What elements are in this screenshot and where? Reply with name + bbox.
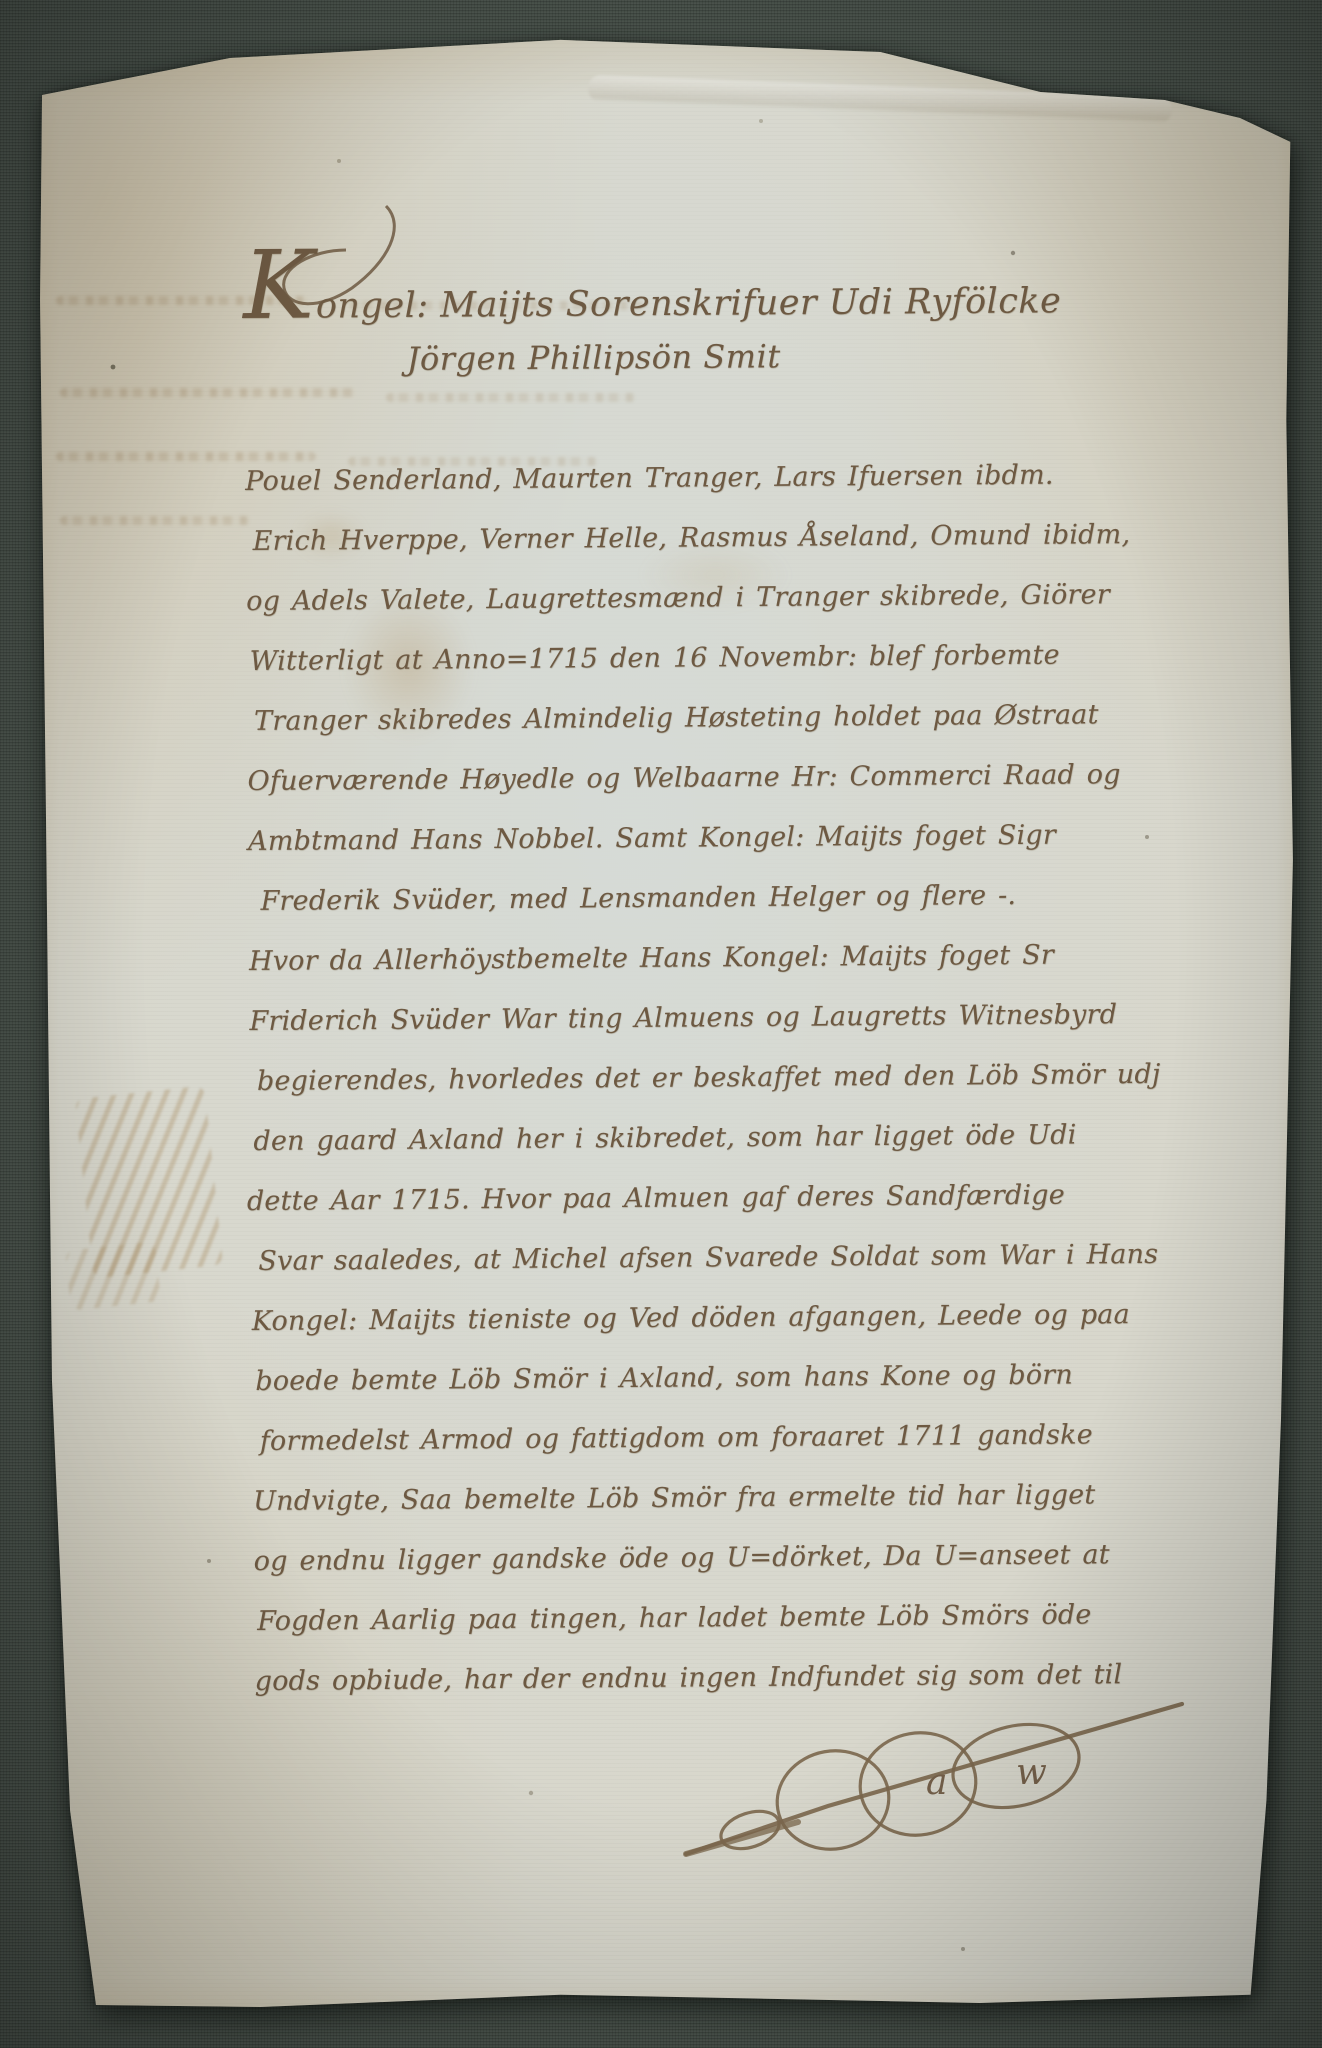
photographed-manuscript: Kongel: Maijts Sorenskrifuer Udi Ryfölck… <box>0 0 1322 2048</box>
photo-vignette <box>0 0 1322 2048</box>
